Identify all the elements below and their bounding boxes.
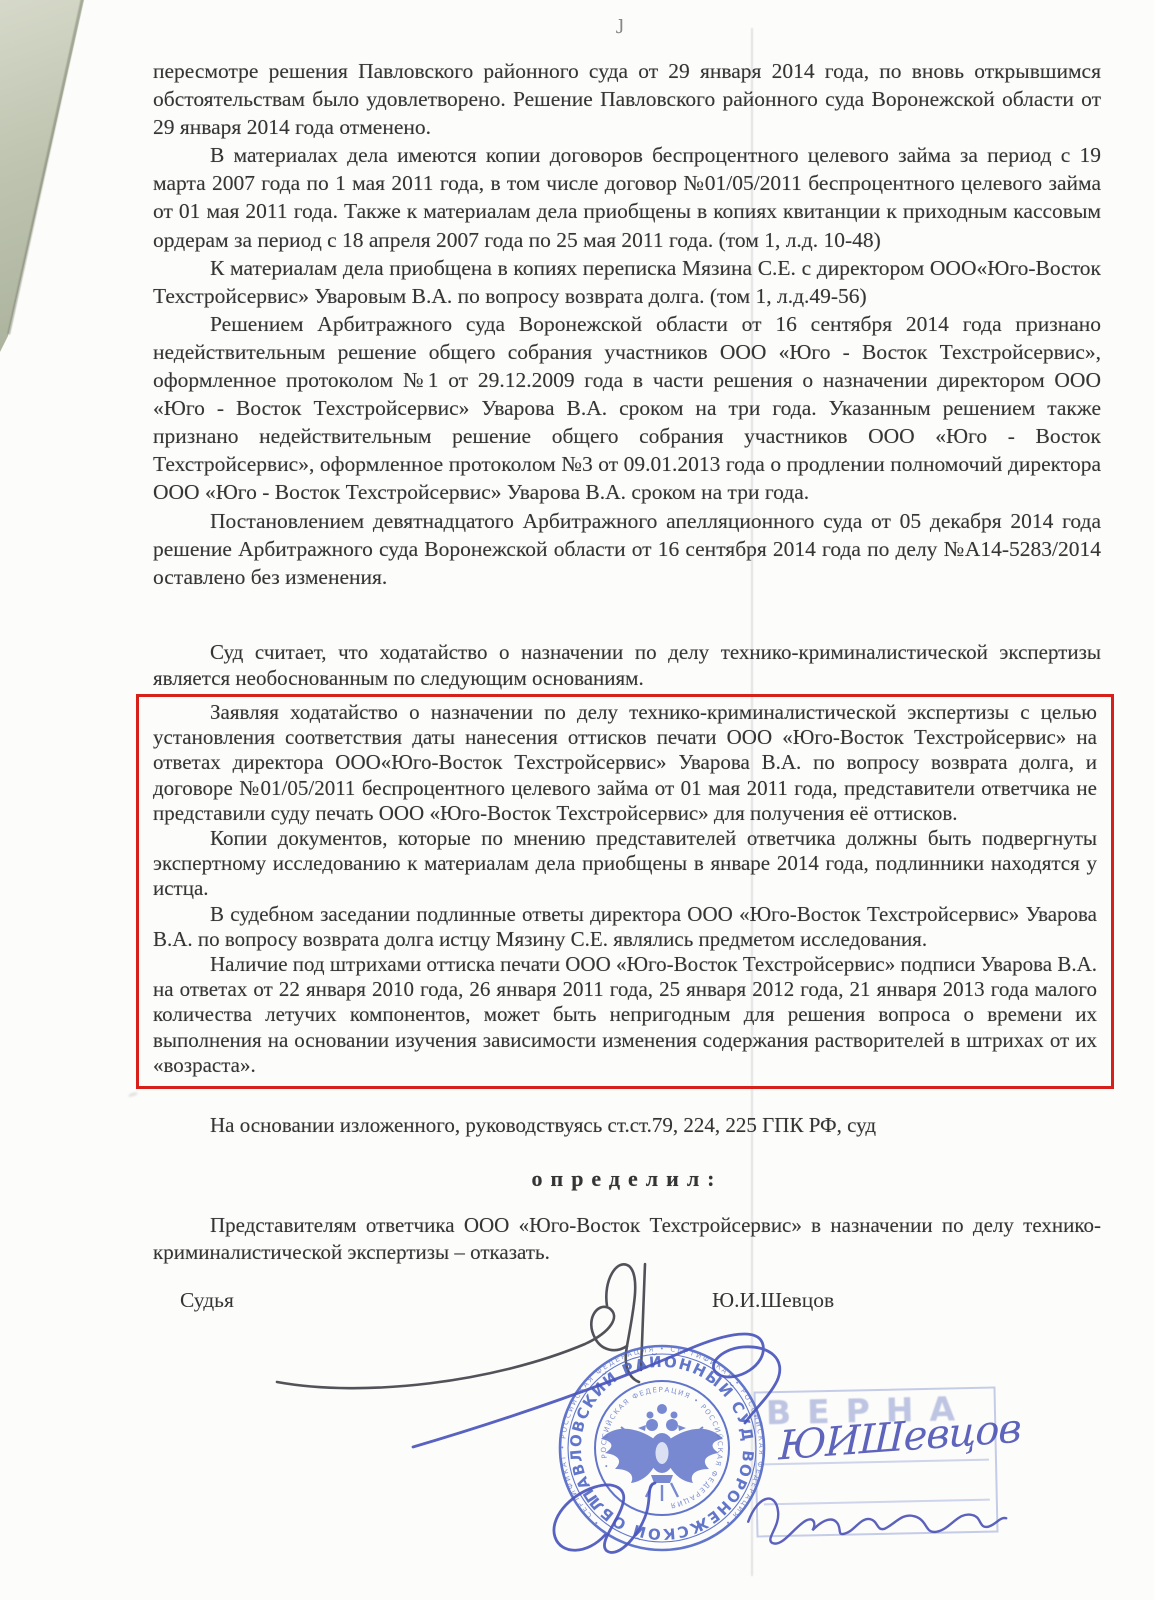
paragraph-2: В материалах дела имеются копии договоро… — [153, 141, 1101, 253]
paragraph-1: пересмотре решения Павловского районного… — [153, 57, 1101, 141]
page-number-mark: ȷ — [618, 10, 624, 34]
highlighted-paragraph-10: Наличие под штрихами оттиска печати ООО … — [153, 952, 1097, 1078]
scanner-corner-artifact — [0, 0, 110, 362]
highlighted-paragraph-9: В судебном заседании подлинные ответы ди… — [153, 902, 1097, 952]
scanned-court-document: { "document": { "page_mark": "ȷ", "parag… — [0, 0, 1154, 1600]
ruling-heading: определил: — [153, 1166, 1101, 1192]
closing-text: На основании изложенного, руководствуясь… — [153, 1112, 1101, 1138]
stamp-overlay-signature — [395, 1295, 825, 1585]
paragraph-5: Постановлением девятнадцатого Арбитражно… — [153, 507, 1101, 591]
scan-smudge — [128, 1092, 138, 1098]
body-text-upper: пересмотре решения Павловского районного… — [153, 57, 1101, 591]
judge-label: Судья — [180, 1288, 234, 1313]
red-highlight-box: Заявляя ходатайство о назначении по делу… — [136, 694, 1114, 1089]
highlighted-paragraph-8: Копии документов, которые по мнению пред… — [153, 826, 1097, 902]
paragraph-3: К материалам дела приобщена в копиях пер… — [153, 254, 1101, 310]
paragraph-4: Решением Арбитражного суда Воронежской о… — [153, 310, 1101, 507]
closing-paragraph: На основании изложенного, руководствуясь… — [153, 1112, 1101, 1138]
paragraph-6: Суд считает, что ходатайство о назначени… — [153, 640, 1101, 691]
body-text-court-opinion: Суд считает, что ходатайство о назначени… — [153, 640, 1101, 691]
highlighted-paragraph-7: Заявляя ходатайство о назначении по делу… — [153, 700, 1097, 826]
